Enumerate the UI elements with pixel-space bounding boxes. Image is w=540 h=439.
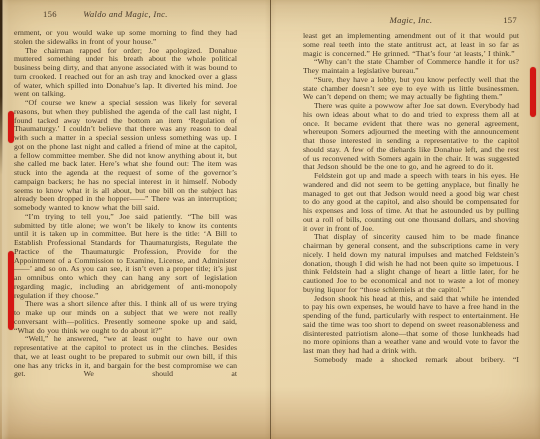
paragraph: “Sure, they have a lobby, but you know p… <box>303 76 519 102</box>
page-number-right: 157 <box>503 15 517 25</box>
scan-left-light-strip <box>2 0 9 439</box>
paragraph: “Of course we knew a special session was… <box>14 99 237 213</box>
page-left-header: 156 Waldo and Magic, Inc. <box>14 9 237 21</box>
paragraph: Feldstein got up and made a speech with … <box>303 172 519 233</box>
paragraph: ernment, or you would wake up some morni… <box>14 29 237 47</box>
page-left-body: ernment, or you would wake up some morni… <box>14 29 237 379</box>
red-margin-mark <box>8 111 14 143</box>
paragraph: There was quite a powwow after Joe sat d… <box>303 102 519 172</box>
paragraph: “Well,” he answered, “we at least ought … <box>14 335 237 379</box>
paragraph: Jedson shook his head at this, and said … <box>303 295 519 356</box>
page-right-body: least get an implementing amendment out … <box>303 32 519 365</box>
running-title-left: Waldo and Magic, Inc. <box>14 9 237 19</box>
paragraph: There was a short silence after this. I … <box>14 300 237 335</box>
red-margin-mark <box>8 251 14 330</box>
page-gutter-divider <box>270 0 271 439</box>
running-title-right: Magic, Inc. <box>303 15 519 25</box>
paragraph: “Why can’t the state Chamber of Commerce… <box>303 58 519 76</box>
red-margin-mark <box>530 67 536 117</box>
paragraph: Somebody made a shocked remark about bri… <box>303 356 519 365</box>
paragraph: That display of sincerity caused him to … <box>303 233 519 294</box>
paragraph: least get an implementing amendment out … <box>303 32 519 58</box>
page-right-header: Magic, Inc. 157 <box>303 15 519 27</box>
paragraph: The chairman rapped for order; Joe apolo… <box>14 47 237 100</box>
paragraph: “I’m trying to tell you,” Joe said patie… <box>14 213 237 301</box>
page-left: 156 Waldo and Magic, Inc. ernment, or yo… <box>0 0 270 439</box>
book-scan: 156 Waldo and Magic, Inc. ernment, or yo… <box>0 0 540 439</box>
page-right: Magic, Inc. 157 least get an implementin… <box>271 0 540 439</box>
